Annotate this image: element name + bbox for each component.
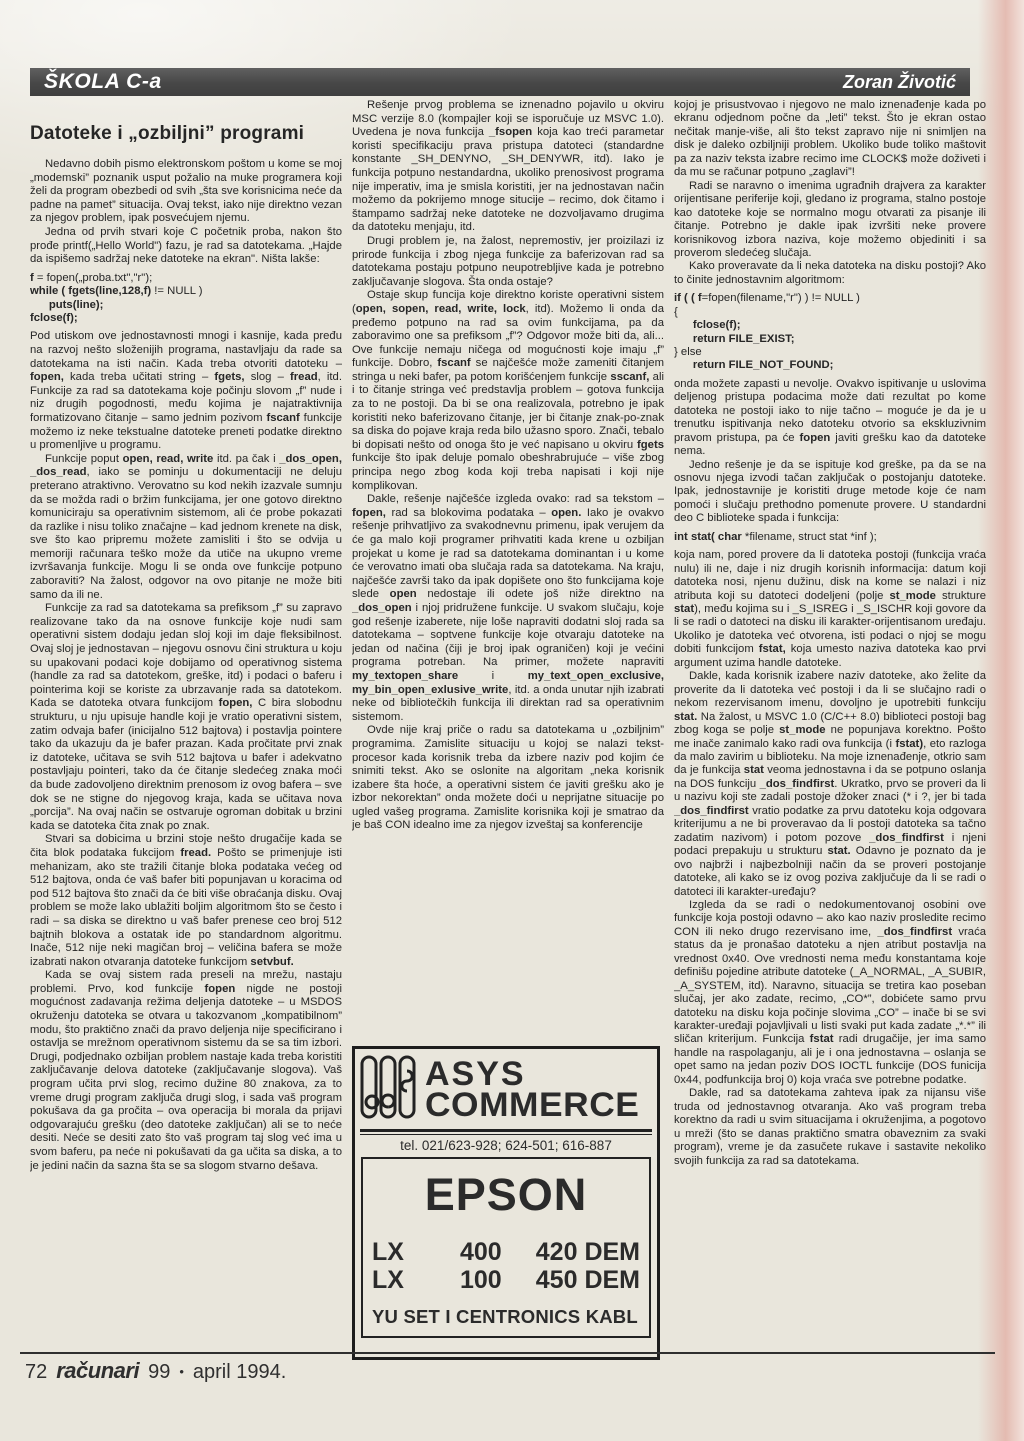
paragraph: kojoj je prisustvovao i njegovo ne malo …: [674, 99, 986, 180]
page-footer: 72 računari 99 • april 1994.: [25, 1358, 286, 1384]
paragraph: Funkcije poput open, read, write itd. pa…: [30, 453, 342, 603]
footer-rule: [20, 1352, 995, 1354]
ad-brand-name: EPSON: [372, 1169, 640, 1221]
paragraph: Ovde nije kraj priče o radu sa datotekam…: [352, 724, 664, 833]
advertisement-box: ASYS COMMERCE tel. 021/623-928; 624-501;…: [352, 1046, 660, 1360]
footer-magazine-name: računari: [56, 1358, 139, 1384]
author-name: Zoran Životić: [843, 72, 956, 93]
paragraph: Dakle, rad sa datotekama zahteva ipak za…: [674, 1087, 986, 1168]
paragraph: Radi se naravno o imenima ugrađnih drajv…: [674, 180, 986, 261]
paragraph: Izgleda da se radi o nedokumentovanoj os…: [674, 899, 986, 1087]
section-title: ŠKOLA C-a: [44, 70, 162, 94]
paragraph: Dakle, rešenje najčešće izgleda ovako: r…: [352, 493, 664, 724]
ad-price-model: LX: [372, 1239, 418, 1266]
paragraph: Pod utiskom ove jednostavnosti mnogi i k…: [30, 330, 342, 452]
ad-company-line2: COMMERCE: [425, 1089, 639, 1121]
ad-header: ASYS COMMERCE: [355, 1049, 657, 1126]
magazine-page: ŠKOLA C-a Zoran Životić Datoteke i „ozbi…: [0, 0, 1024, 1441]
ad-price-qty: 100: [418, 1267, 536, 1294]
ad-price-price: 420 DEM: [536, 1239, 640, 1266]
paragraph: koja nam, pored provere da li datoteka p…: [674, 549, 986, 670]
paragraph: Rešenje prvog problema se iznenadno poja…: [352, 99, 664, 235]
paragraph: Kako proveravate da li neka datoteka na …: [674, 260, 986, 287]
code-block: int stat( char *filename, struct stat *i…: [674, 531, 986, 544]
ad-bundle-line: YU SET I CENTRONICS KABL: [372, 1306, 640, 1328]
ad-price-row: LX100450 DEM: [372, 1267, 640, 1294]
ad-phone-numbers: tel. 021/623-928; 624-501; 616-887: [355, 1138, 657, 1153]
ad-price-list: LX400420 DEMLX100450 DEM: [372, 1239, 640, 1294]
code-block: if ( ( f=fopen(filename,"r") ) != NULL )…: [674, 292, 986, 372]
paragraph: Drugi problem je, na žalost, nepremostiv…: [352, 235, 664, 289]
paragraph: Ostaje skup funcija koje direktno korist…: [352, 289, 664, 493]
article-title: Datoteke i „ozbiljni” programi: [30, 123, 304, 145]
ad-price-qty: 400: [418, 1239, 536, 1266]
article-column-2: Rešenje prvog problema se iznenadno poja…: [352, 99, 664, 1043]
asys-logo-icon: [360, 1055, 418, 1124]
paragraph: Funkcije za rad sa datotekama sa prefiks…: [30, 602, 342, 833]
footer-bullet: •: [179, 1364, 184, 1379]
paragraph: Dakle, kada korisnik izabere naziv datot…: [674, 670, 986, 899]
footer-date: april 1994.: [193, 1361, 286, 1384]
ad-product-box: EPSON LX400420 DEMLX100450 DEM YU SET I …: [361, 1157, 651, 1338]
paragraph: Kada se ovaj sistem rada preseli na mrež…: [30, 969, 342, 1173]
paragraph: Jedna od prvih stvari koje C početnik pr…: [30, 226, 342, 267]
ad-divider: [360, 1129, 652, 1135]
ad-price-price: 450 DEM: [536, 1267, 640, 1294]
footer-page-number: 72: [25, 1361, 47, 1384]
section-banner: ŠKOLA C-a Zoran Životić: [30, 68, 970, 96]
ad-company-name: ASYS COMMERCE: [425, 1059, 653, 1121]
article-column-3: kojoj je prisustvovao i njegovo ne malo …: [674, 99, 986, 1351]
ad-price-model: LX: [372, 1267, 418, 1294]
ad-price-row: LX400420 DEM: [372, 1239, 640, 1266]
paragraph: Stvari sa dobicima u brzini stoje nešto …: [30, 833, 342, 969]
article-column-1: Nedavno dobih pismo elektronskom poštom …: [30, 158, 342, 1348]
paragraph: onda možete zapasti u nevolje. Ovakvo is…: [674, 378, 986, 459]
footer-issue-number: 99: [148, 1361, 170, 1384]
paragraph: Jedno rešenje je da se ispituje kod greš…: [674, 459, 986, 526]
code-block: f = fopen(„proba.txt","r"); while ( fget…: [30, 272, 342, 326]
paragraph: Nedavno dobih pismo elektronskom poštom …: [30, 158, 342, 226]
ad-company-line1: ASYS: [425, 1059, 653, 1089]
